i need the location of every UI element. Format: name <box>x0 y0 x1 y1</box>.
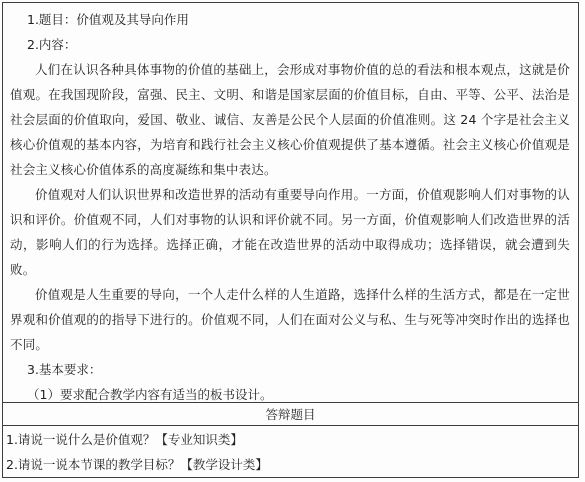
topic-line: 1.题目：价值观及其导向作用 <box>10 7 570 32</box>
defense-question-2: 2.请说一说本节课的教学目标？【教学设计类】 <box>6 452 574 477</box>
requirement-item-1: （1）要求配合教学内容有适当的板书设计。 <box>10 382 570 402</box>
content-paragraph-1: 人们在认识各种具体事物的价值的基础上，会形成对事物价值的总的看法和根本观点，这就… <box>10 57 570 182</box>
content-paragraph-2: 价值观对人们认识世界和改造世界的活动有重要导向作用。一方面，价值观影响人们对事物… <box>10 182 570 282</box>
requirements-label: 3.基本要求： <box>10 357 570 382</box>
content-paragraph-3: 价值观是人生重要的导向，一个人走什么样的人生道路，选择什么样的生活方式，都是在一… <box>10 282 570 357</box>
defense-question-1: 1.请说一说什么是价值观？【专业知识类】 <box>6 427 574 452</box>
content-label: 2.内容： <box>10 32 570 57</box>
defense-header-cell: 答辩题目 <box>3 402 578 426</box>
content-cell: 1.题目：价值观及其导向作用 2.内容： 人们在认识各种具体事物的价值的基础上，… <box>3 3 578 402</box>
defense-questions-cell: 1.请说一说什么是价值观？【专业知识类】 2.请说一说本节课的教学目标？【教学设… <box>3 426 578 477</box>
defense-header-title: 答辩题目 <box>265 405 315 423</box>
exam-question-card: 1.题目：价值观及其导向作用 2.内容： 人们在认识各种具体事物的价值的基础上，… <box>2 2 579 478</box>
